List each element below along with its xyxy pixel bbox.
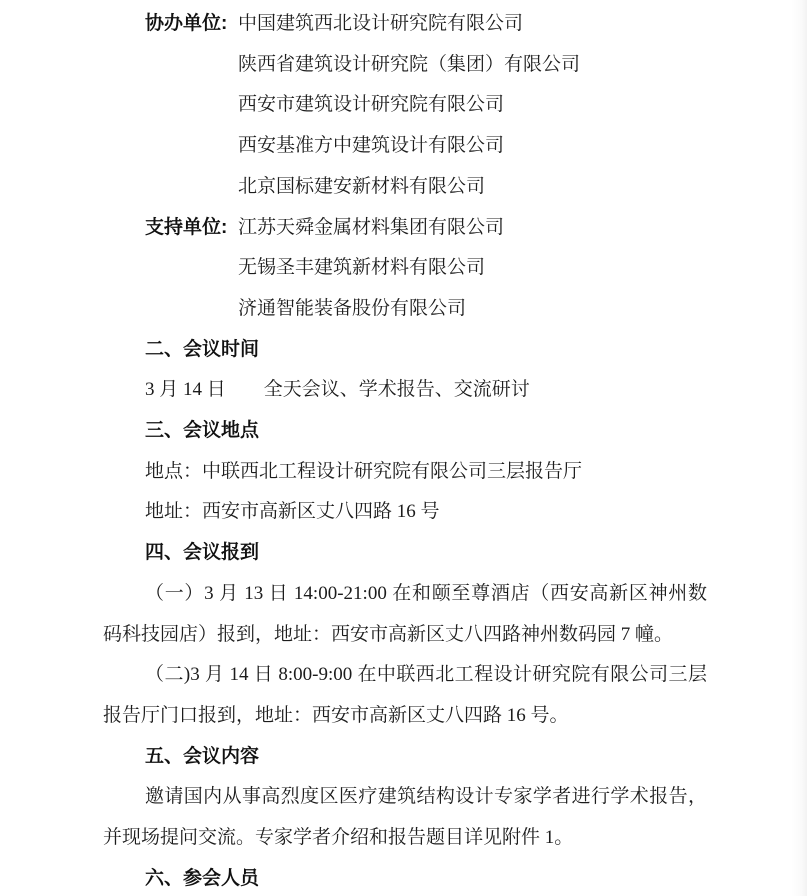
co-organizer-row: 协办单位: 中国建筑西北设计研究院有限公司 <box>103 4 707 45</box>
supporter-row: 济通智能装备股份有限公司 <box>103 289 707 330</box>
paragraph: 邀请国内从事高烈度区医疗建筑结构设计专家学者进行学术报告，并现场提问交流。专家学… <box>103 777 707 858</box>
supporter-block: 支持单位: 江苏天舜金属材料集团有限公司 无锡圣丰建筑新材料有限公司 济通智能装… <box>103 208 707 330</box>
scanned-document-page: 协办单位: 中国建筑西北设计研究院有限公司 陕西省建筑设计研究院（集团）有限公司… <box>0 0 807 896</box>
supporter-row: 无锡圣丰建筑新材料有限公司 <box>103 248 707 289</box>
document-content: 协办单位: 中国建筑西北设计研究院有限公司 陕西省建筑设计研究院（集团）有限公司… <box>0 0 807 896</box>
company-name: 北京国标建安新材料有限公司 <box>238 167 707 208</box>
company-name: 江苏天舜金属材料集团有限公司 <box>238 208 707 249</box>
paragraph: （一）3 月 13 日 14:00-21:00 在和颐至尊酒店（西安高新区神州数… <box>103 574 707 655</box>
company-name: 中国建筑西北设计研究院有限公司 <box>238 4 707 45</box>
section-heading: 二、会议时间 <box>145 330 707 371</box>
company-name: 无锡圣丰建筑新材料有限公司 <box>238 248 707 289</box>
section-content: 五、会议内容 邀请国内从事高烈度区医疗建筑结构设计专家学者进行学术报告，并现场提… <box>103 737 707 859</box>
co-organizer-row: 北京国标建安新材料有限公司 <box>103 167 707 208</box>
co-organizer-label: 协办单位: <box>145 4 238 45</box>
paragraph: （二)3 月 14 日 8:00-9:00 在中联西北工程设计研究院有限公司三层… <box>103 655 707 736</box>
section-registration: 四、会议报到 （一）3 月 13 日 14:00-21:00 在和颐至尊酒店（西… <box>103 533 707 737</box>
supporter-label: 支持单位: <box>145 208 238 249</box>
section-meeting-place: 三、会议地点 地点：中联西北工程设计研究院有限公司三层报告厅 地址：西安市高新区… <box>103 411 707 533</box>
paragraph: 地址：西安市高新区丈八四路 16 号 <box>103 492 707 533</box>
paragraph: 地点：中联西北工程设计研究院有限公司三层报告厅 <box>103 452 707 493</box>
co-organizer-row: 西安基准方中建筑设计有限公司 <box>103 126 707 167</box>
section-heading: 四、会议报到 <box>145 533 707 574</box>
section-heading: 三、会议地点 <box>145 411 707 452</box>
co-organizer-row: 西安市建筑设计研究院有限公司 <box>103 85 707 126</box>
company-name: 济通智能装备股份有限公司 <box>238 289 707 330</box>
company-name: 西安基准方中建筑设计有限公司 <box>238 126 707 167</box>
co-organizer-row: 陕西省建筑设计研究院（集团）有限公司 <box>103 45 707 86</box>
company-name: 西安市建筑设计研究院有限公司 <box>238 85 707 126</box>
section-meeting-time: 二、会议时间 3 月 14 日 全天会议、学术报告、交流研讨 <box>103 330 707 411</box>
section-heading: 六、参会人员 <box>145 859 707 896</box>
co-organizer-block: 协办单位: 中国建筑西北设计研究院有限公司 陕西省建筑设计研究院（集团）有限公司… <box>103 4 707 208</box>
supporter-row: 支持单位: 江苏天舜金属材料集团有限公司 <box>103 208 707 249</box>
company-name: 陕西省建筑设计研究院（集团）有限公司 <box>238 45 707 86</box>
section-heading: 五、会议内容 <box>145 737 707 778</box>
paragraph: 3 月 14 日 全天会议、学术报告、交流研讨 <box>103 370 707 411</box>
section-participants: 六、参会人员 <box>103 859 707 896</box>
